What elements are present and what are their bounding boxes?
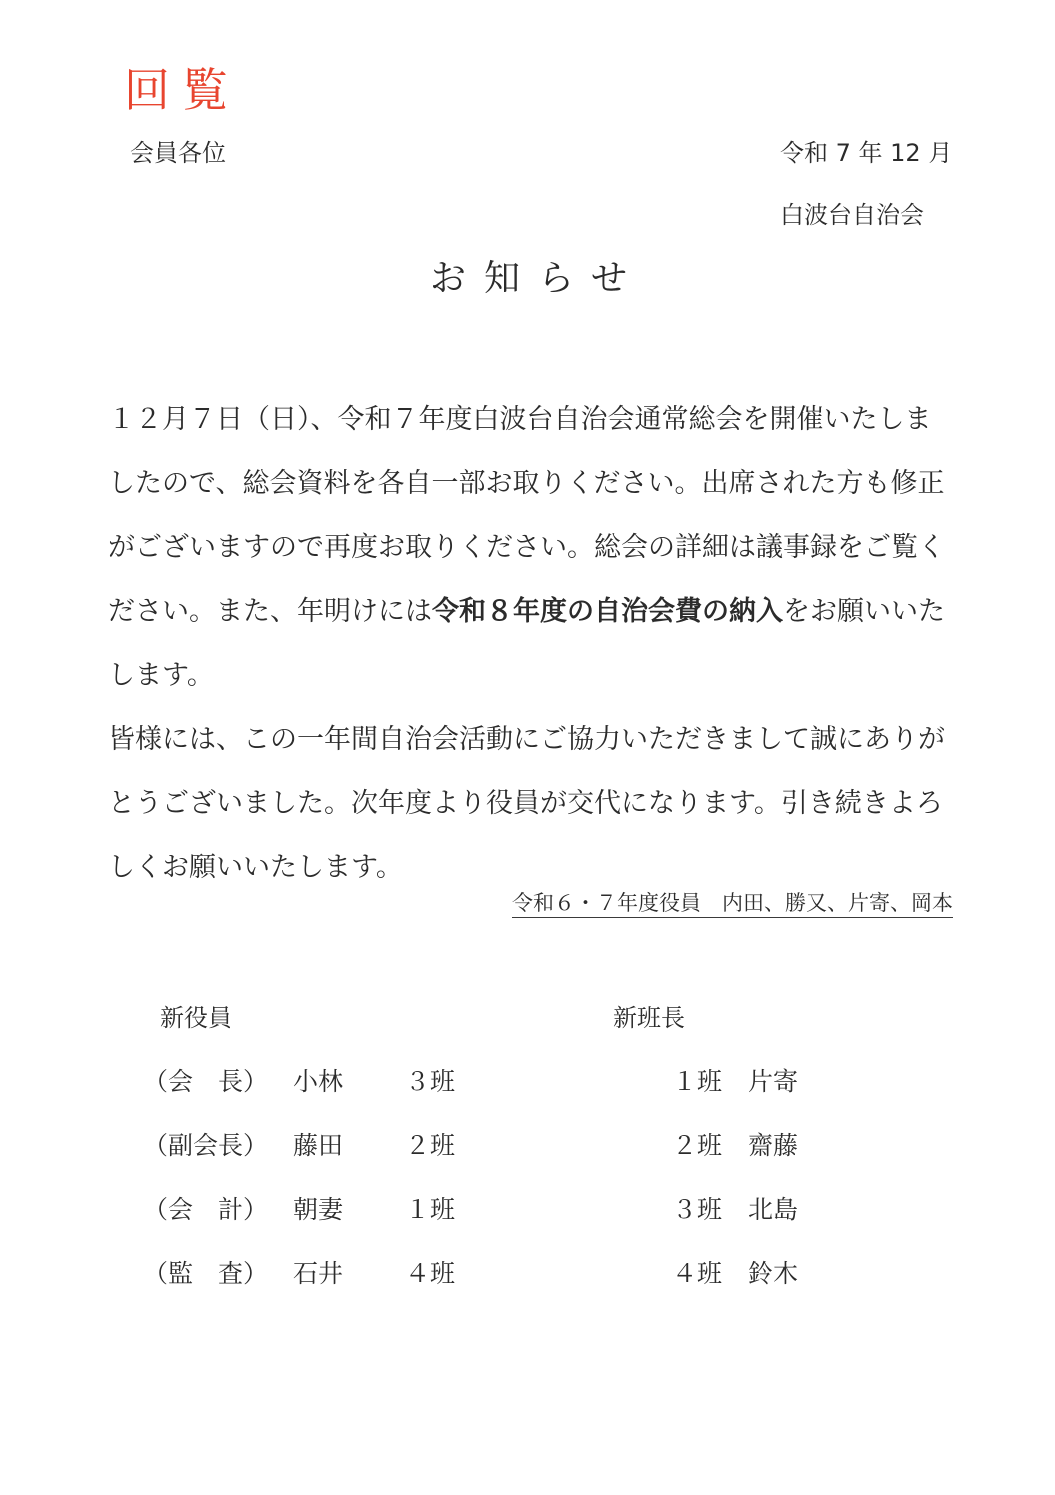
body-line: とうございました。次年度より役員が交代になります。引き続きよろ: [108, 772, 948, 836]
notice-body: １２月７日（日）、令和７年度白波台自治会通常総会を開催いたしま したので、総会資…: [108, 388, 948, 900]
officer-group: ４班: [405, 1258, 455, 1290]
leader-group: ２班: [672, 1130, 722, 1162]
sender-organization: 白波台自治会: [780, 200, 924, 230]
leader-name: 鈴木: [748, 1258, 798, 1290]
body-line: １２月７日（日）、令和７年度白波台自治会通常総会を開催いたしま: [108, 388, 948, 452]
new-officers-heading: 新役員: [160, 1003, 232, 1033]
body-line: したので、総会資料を各自一部お取りください。出席された方も修正: [108, 452, 948, 516]
leader-group: １班: [672, 1066, 722, 1098]
leader-name: 齋藤: [748, 1130, 798, 1162]
body-line: がございますので再度お取りください。総会の詳細は議事録をご覧く: [108, 516, 948, 580]
outgoing-officers-signature: 令和６・７年度役員 内田、勝又、片寄、岡本: [512, 890, 953, 918]
new-group-leaders-heading: 新班長: [613, 1003, 685, 1033]
leader-group: ３班: [672, 1194, 722, 1226]
addressee: 会員各位: [130, 138, 226, 168]
body-line: 皆様には、この一年間自治会活動にご協力いただきまして誠にありが: [108, 708, 948, 772]
body-text-segment: をお願いいた: [783, 596, 945, 627]
officer-name: 朝妻: [293, 1194, 343, 1226]
document-title: お知らせ: [0, 255, 1055, 303]
officer-group: １班: [405, 1194, 455, 1226]
circulation-stamp: 回覧: [124, 62, 240, 118]
body-line: ださい。また、年明けには令和８年度の自治会費の納入をお願いいた: [108, 580, 948, 644]
issue-date: 令和 7 年 12 月: [780, 138, 952, 168]
leader-name: 片寄: [748, 1066, 798, 1098]
officer-name: 石井: [293, 1258, 343, 1290]
body-line: します。: [108, 644, 948, 708]
officer-group: ２班: [405, 1130, 455, 1162]
body-text-segment: ださい。また、年明けには: [108, 596, 432, 627]
officer-role: （会 長）: [143, 1066, 268, 1098]
officer-name: 小林: [293, 1066, 343, 1098]
emphasized-dues-notice: 令和８年度の自治会費の納入: [432, 596, 783, 627]
officer-role: （副会長）: [143, 1130, 268, 1162]
leader-group: ４班: [672, 1258, 722, 1290]
officer-role: （会 計）: [143, 1194, 268, 1226]
officer-name: 藤田: [293, 1130, 343, 1162]
leader-name: 北島: [748, 1194, 798, 1226]
officer-role: （監 査）: [143, 1258, 268, 1290]
officer-group: ３班: [405, 1066, 455, 1098]
